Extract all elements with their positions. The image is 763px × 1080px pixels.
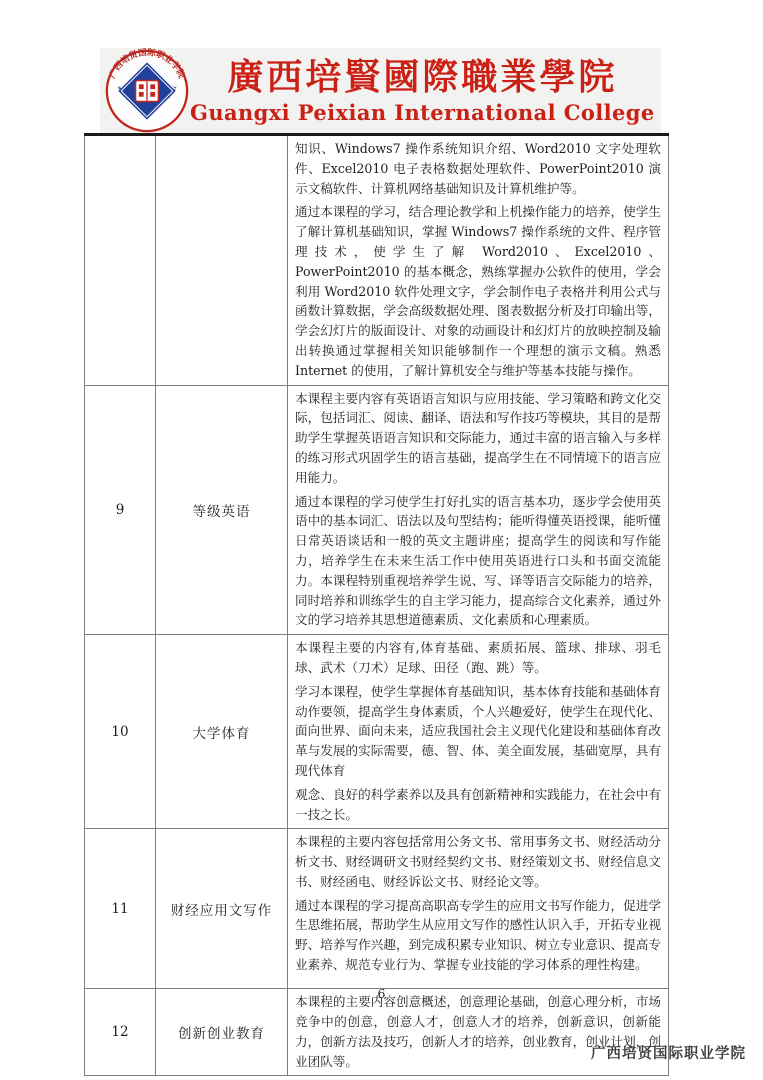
college-seal-logo: 广西培贤国际职业学院 GUANGXI PEIXIAN INTERNATIONAL… — [104, 48, 190, 134]
header-titles: 廣西培賢國際職業學院 Guangxi Peixian International… — [190, 57, 665, 124]
page-number: 6 — [0, 986, 763, 1001]
table-row-course-8-continued: 知识、Windows7 操作系统知识介绍、Word2010 文字处理软件、Exc… — [85, 135, 669, 386]
course-description-cell: 本课程主要内容有英语语言知识与应用技能、学习策略和跨文化交际，包括词汇、阅读、翻… — [288, 385, 669, 635]
description-paragraph: 通过本课程的学习，结合理论教学和上机操作能力的培养，使学生了解计算机基础知识，掌… — [295, 202, 661, 380]
college-header: 广西培贤国际职业学院 GUANGXI PEIXIAN INTERNATIONAL… — [100, 48, 661, 134]
table-row-course-11: 11 财经应用文写作 本课程的主要内容包括常用公务文书、常用事务文书、财经活动分… — [85, 829, 669, 989]
course-number-cell: 9 — [85, 385, 156, 635]
course-table: 知识、Windows7 操作系统知识介绍、Word2010 文字处理软件、Exc… — [84, 133, 669, 1076]
course-number-cell: 10 — [85, 635, 156, 829]
description-paragraph: 知识、Windows7 操作系统知识介绍、Word2010 文字处理软件、Exc… — [295, 139, 661, 198]
course-description-cell: 本课程的主要内容包括常用公务文书、常用事务文书、财经活动分析文书、财经调研文书财… — [288, 829, 669, 989]
table-row-course-9: 9 等级英语 本课程主要内容有英语语言知识与应用技能、学习策略和跨文化交际，包括… — [85, 385, 669, 635]
description-paragraph: 通过本课程的学习使学生打好扎实的语言基本功，逐步学会使用英语中的基本词汇、语法以… — [295, 492, 661, 631]
description-paragraph: 本课程的主要内容包括常用公务文书、常用事务文书、财经活动分析文书、财经调研文书财… — [295, 832, 661, 891]
table-row-course-10: 10 大学体育 本课程主要的内容有,体育基础、素质拓展、篮球、排球、羽毛球、武术… — [85, 635, 669, 829]
course-number-cell: 12 — [85, 989, 156, 1076]
course-number-cell — [85, 135, 156, 386]
description-paragraph: 本课程主要内容有英语语言知识与应用技能、学习策略和跨文化交际，包括词汇、阅读、翻… — [295, 389, 661, 488]
course-description-cell: 知识、Windows7 操作系统知识介绍、Word2010 文字处理软件、Exc… — [288, 135, 669, 386]
description-paragraph: 学习本课程，使学生掌握体育基础知识，基本体育技能和基础体育动作要领，提高学生身体… — [295, 682, 661, 781]
course-name-cell: 等级英语 — [156, 385, 288, 635]
course-name-cell: 创新创业教育 — [156, 989, 288, 1076]
description-paragraph: 本课程主要的内容有,体育基础、素质拓展、篮球、排球、羽毛球、武术（刀术）足球、田… — [295, 638, 661, 678]
description-paragraph: 观念、良好的科学素养以及具有创新精神和实践能力，在社会中有一技之长。 — [295, 785, 661, 825]
course-name-cell: 财经应用文写作 — [156, 829, 288, 989]
course-name-cell: 大学体育 — [156, 635, 288, 829]
course-name-cell — [156, 135, 288, 386]
course-description-cell: 本课程主要的内容有,体育基础、素质拓展、篮球、排球、羽毛球、武术（刀术）足球、田… — [288, 635, 669, 829]
college-name-chinese: 廣西培賢國際職業學院 — [190, 57, 655, 98]
college-name-english: Guangxi Peixian International College — [190, 100, 655, 125]
table-row-course-12: 12 创新创业教育 本课程的主要内容创意概述，创意理论基础，创意心理分析，市场竞… — [85, 989, 669, 1076]
course-number-cell: 11 — [85, 829, 156, 989]
book-icon — [136, 80, 159, 101]
description-paragraph: 通过本课程的学习提高高职高专学生的应用文书写作能力，促进学生思维拓展，帮助学生从… — [295, 896, 661, 975]
footer-college-name: 广西培贤国际职业学院 — [591, 1042, 746, 1063]
